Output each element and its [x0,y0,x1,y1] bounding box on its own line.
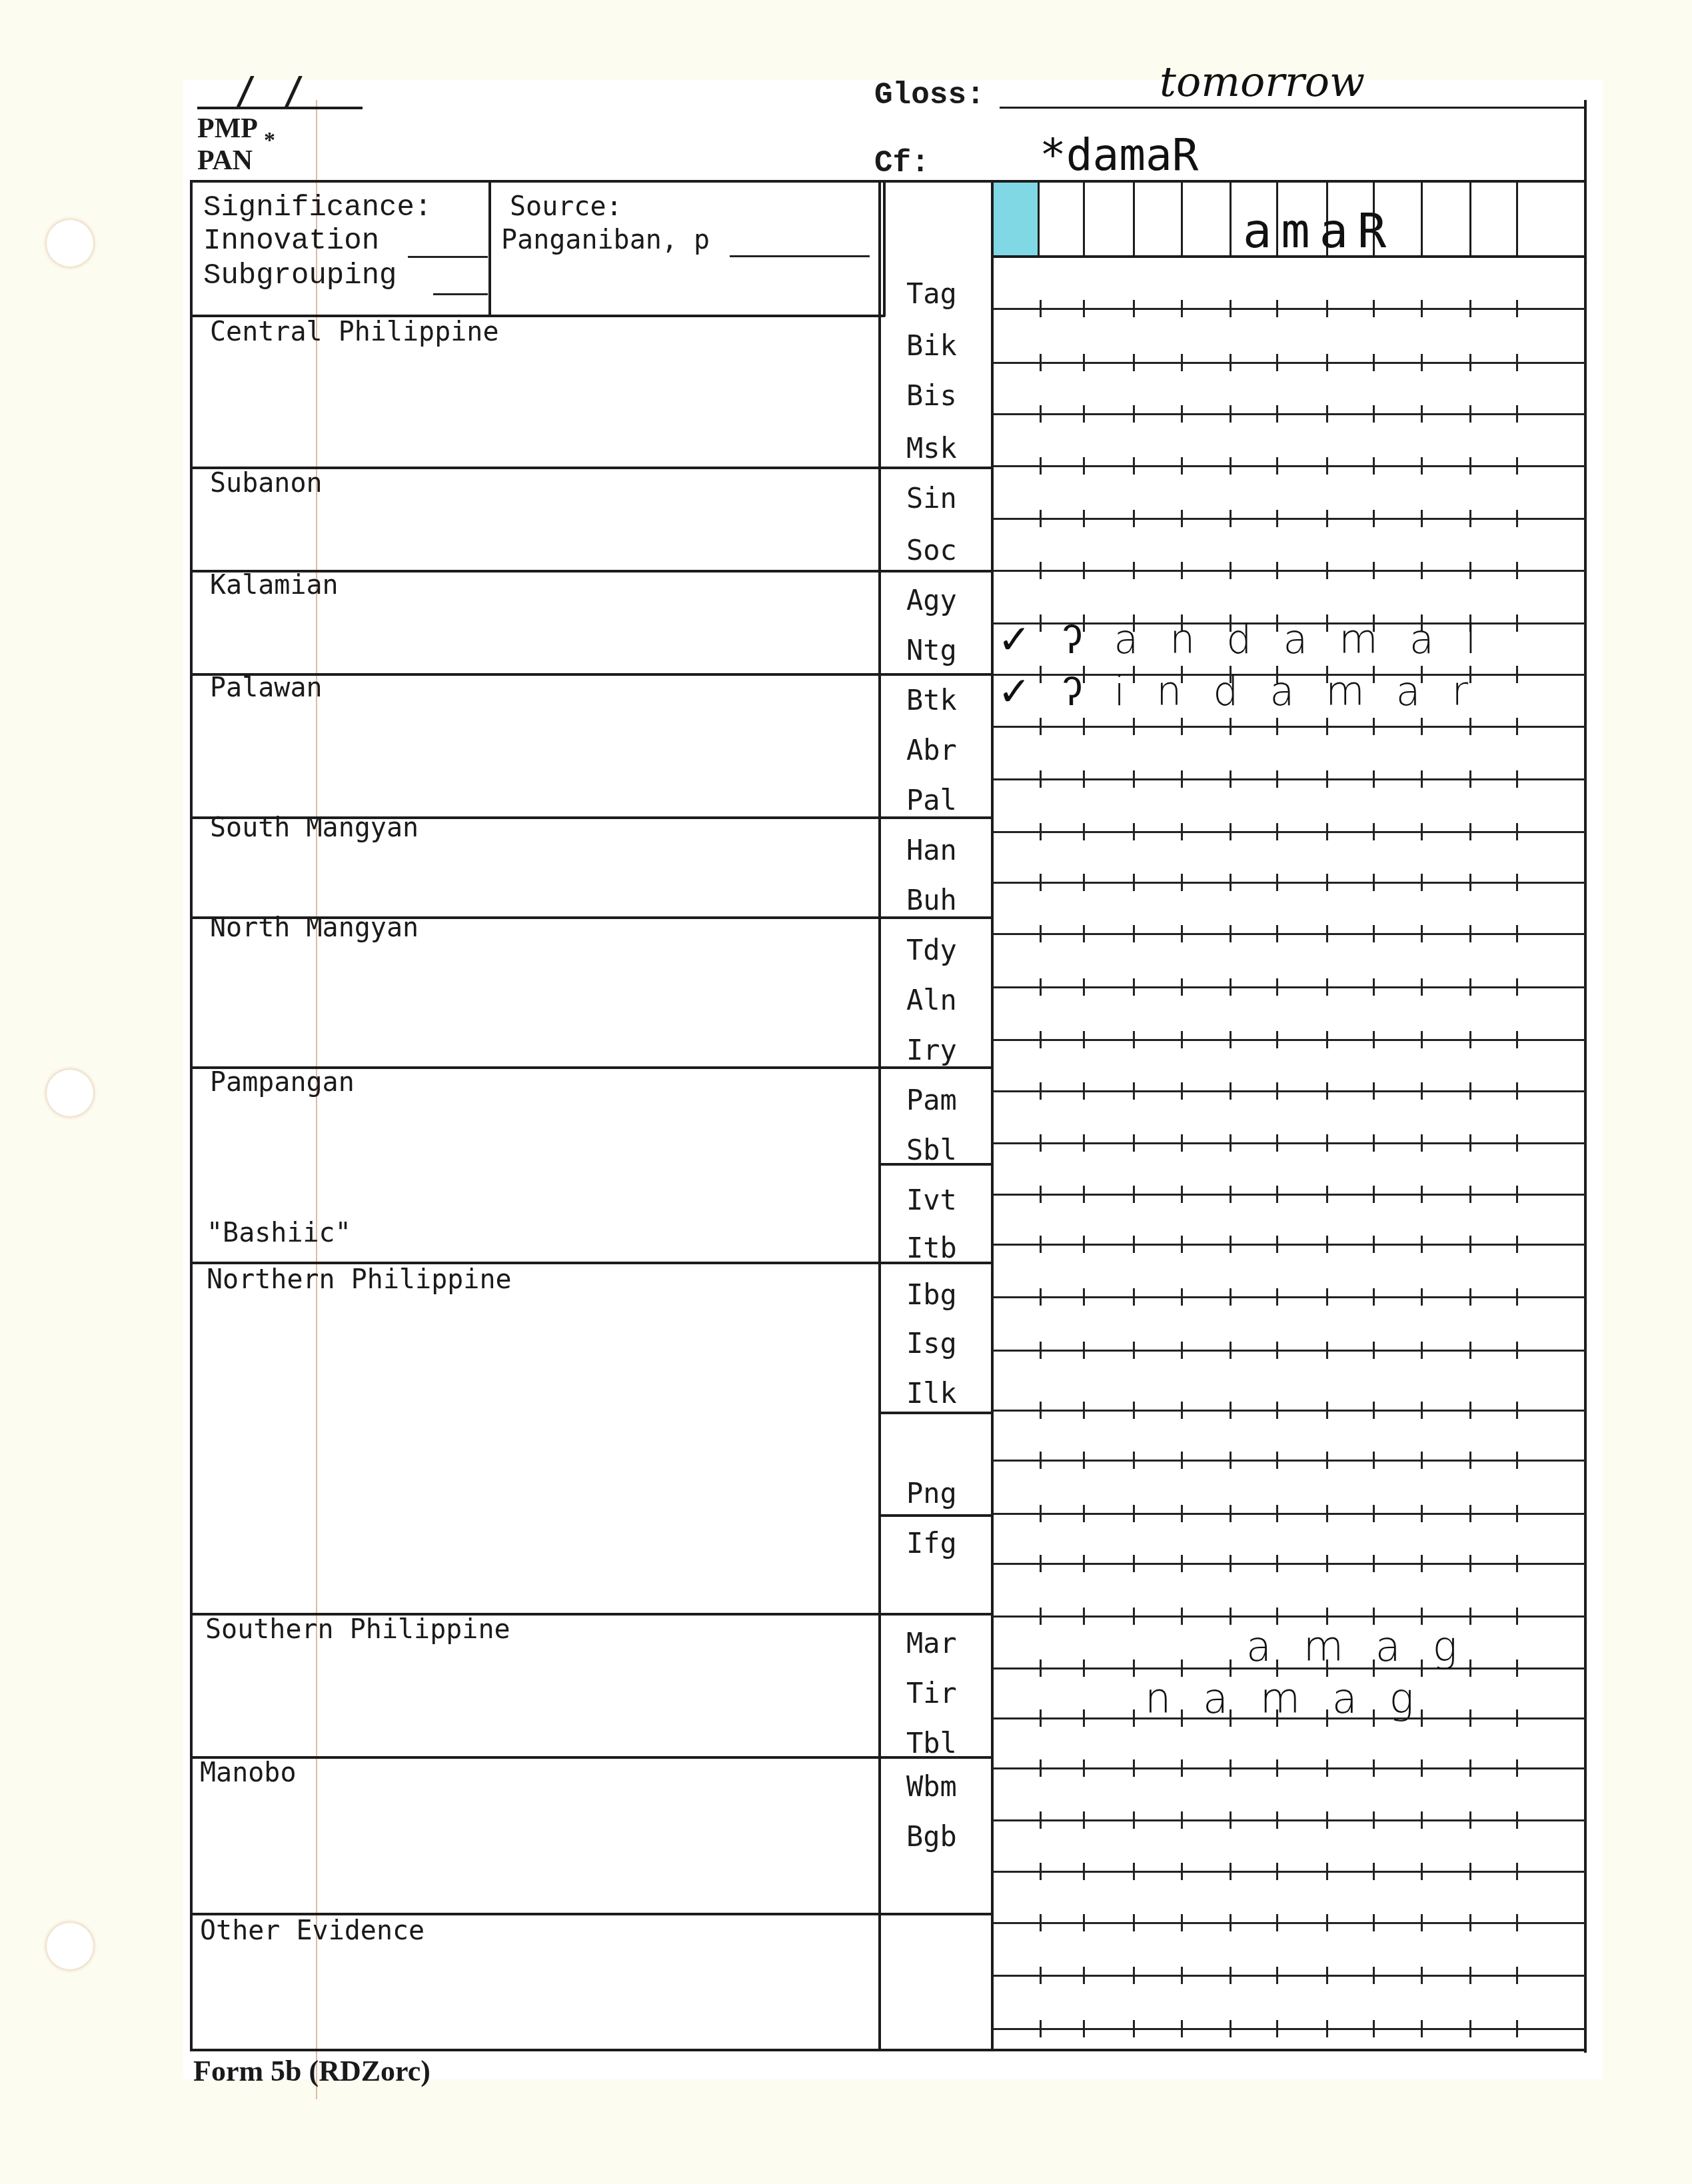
group-label: "Bashiic" [207,1220,351,1246]
grid-tick [1469,1082,1471,1100]
header-cell-divider [1181,180,1183,257]
grid-tick [1516,300,1518,317]
grid-tick [1326,1505,1328,1522]
grid-tick [1469,1709,1471,1727]
grid-tick [1326,354,1328,371]
language-label: Mar [906,1630,957,1657]
grid-tick [1040,457,1042,475]
grid-tick [1326,718,1328,735]
grid-tick [1230,2020,1232,2037]
grid-tick [1326,1555,1328,1572]
significance-title: Significance: [203,193,432,223]
grid-tick [1421,300,1423,317]
group-label: Manobo [200,1759,297,1786]
grid-tick [1040,770,1042,788]
grid-tick [1040,718,1042,735]
grid-tick [1276,457,1278,475]
grid-baseline [993,1460,1586,1462]
grid-baseline [993,1244,1586,1246]
grid-tick [1133,1505,1135,1522]
grid-tick [1083,1342,1085,1359]
grid-tick [1421,978,1423,996]
grid-baseline [993,1194,1586,1196]
grid-tick [1083,562,1085,579]
group-label: Palawan [210,674,323,701]
grid-tick [1181,457,1183,475]
lang-subdivider [878,1412,993,1414]
grid-tick [1516,666,1518,683]
grid-tick [1469,718,1471,735]
cf-label: Cf: [874,148,930,179]
language-label: Isg [906,1330,957,1358]
grid-tick [1181,1288,1183,1306]
grid-tick [1230,1759,1232,1777]
grid-baseline [993,413,1586,415]
grid-tick [1181,300,1183,317]
highlight-cell [994,183,1038,257]
grid-tick [1230,562,1232,579]
binder-hole-bottom [47,1923,93,1969]
group-label: South Mangyan [210,814,419,841]
grid-tick [1133,925,1135,942]
language-label: Pam [906,1086,957,1114]
grid-tick [1230,1186,1232,1203]
grid-tick [1516,1914,1518,1931]
grid-tick [1326,405,1328,423]
grid-baseline [993,882,1586,884]
grid-tick [1181,1505,1183,1522]
grid-tick [1421,1863,1423,1880]
form-sheet [183,80,1603,2079]
grid-tick [1276,1967,1278,1984]
grid-tick [1373,1186,1375,1203]
grid-tick [1373,1555,1375,1572]
grid-tick [1469,1452,1471,1469]
grid-baseline [993,831,1586,833]
grid-tick [1516,823,1518,840]
language-label: Tir [906,1679,957,1707]
grid-tick [1181,1914,1183,1931]
language-label: Tbl [906,1729,957,1757]
grid-tick [1516,1811,1518,1829]
grid-tick [1516,1709,1518,1727]
grid-tick [1469,1288,1471,1306]
grid-baseline [993,1350,1586,1352]
grid-tick [1276,874,1278,891]
grid-tick [1276,1555,1278,1572]
grid-tick [1040,1914,1042,1931]
grid-tick [1230,1811,1232,1829]
grid-tick [1469,354,1471,371]
grid-tick [1421,1505,1423,1522]
grid-tick [1421,1452,1423,1469]
grid-baseline [993,1767,1586,1769]
group-divider [190,1756,994,1759]
grid-tick [1421,562,1423,579]
grid-tick [1276,562,1278,579]
gloss-label: Gloss: [874,80,985,111]
grid-tick [1421,1342,1423,1359]
grid-tick [1040,1288,1042,1306]
grid-tick [1181,1608,1183,1625]
grid-tick [1469,300,1471,317]
grid-tick [1469,1759,1471,1777]
language-label: Ifg [906,1530,957,1558]
grid-tick [1230,457,1232,475]
grid-tick [1516,1555,1518,1572]
grid-tick [1469,1505,1471,1522]
language-label: Soc [906,537,957,564]
grid-tick [1469,1967,1471,1984]
grid-tick [1040,1709,1042,1727]
source-divider [883,180,886,317]
grid-tick [1181,1134,1183,1152]
language-label: Buh [906,886,957,914]
grid-tick [1133,1555,1135,1572]
grid-tick [1083,1759,1085,1777]
grid-tick [1230,1082,1232,1100]
language-label: Png [906,1480,957,1508]
grid-tick [1516,1402,1518,1419]
grid-tick [1083,457,1085,475]
grid-tick [1276,1288,1278,1306]
grid-tick [1133,1134,1135,1152]
grid-tick [1516,562,1518,579]
grid-tick [1040,1759,1042,1777]
grid-tick [1181,1236,1183,1253]
grid-tick [1181,978,1183,996]
grid-tick [1276,405,1278,423]
grid-tick [1469,978,1471,996]
grid-tick [1230,823,1232,840]
grid-tick [1040,874,1042,891]
grid-tick [1276,1505,1278,1522]
grid-tick [1421,770,1423,788]
grid-tick [1083,405,1085,423]
grid-tick [1083,300,1085,317]
grid-baseline [993,1410,1586,1412]
grid-tick [1083,1505,1085,1522]
grid-tick [1083,1659,1085,1677]
language-label: Bis [906,382,957,410]
source-page-blank[interactable] [730,255,870,257]
grid-tick [1373,1914,1375,1931]
grid-tick [1181,1555,1183,1572]
grid-tick [1421,925,1423,942]
grid-tick [1133,823,1135,840]
source-title: Source: [510,193,622,220]
language-label: Agy [906,586,957,614]
grid-tick [1421,1236,1423,1253]
grid-tick [1421,405,1423,423]
grid-tick [1133,1082,1135,1100]
grid-tick [1181,1863,1183,1880]
grid-tick [1421,1967,1423,1984]
grid-tick [1276,510,1278,527]
subgrouping-blank[interactable] [433,293,488,295]
grid-tick [1181,1031,1183,1048]
grid-tick [1230,1342,1232,1359]
grid-tick [1469,457,1471,475]
grid-tick [1181,718,1183,735]
grid-tick [1230,1288,1232,1306]
grid-tick [1040,1452,1042,1469]
grid-tick [1373,770,1375,788]
grid-tick [1516,1659,1518,1677]
language-label: Tag [906,280,957,308]
grid-tick [1469,1402,1471,1419]
grid-tick [1133,1709,1135,1727]
grid-tick [1133,1759,1135,1777]
grid-tick [1276,1914,1278,1931]
grid-tick [1083,718,1085,735]
language-label: Iry [906,1036,957,1064]
grid-tick [1083,1236,1085,1253]
grid-tick [1181,562,1183,579]
entry-mar[interactable]: a m a g [1246,1626,1467,1667]
grid-tick [1373,300,1375,317]
lang-col-left [878,180,881,2051]
language-label: Bik [906,332,957,360]
grid-tick [1230,1967,1232,1984]
pan-label: PAN [197,147,253,175]
grid-tick [1421,1402,1423,1419]
grid-baseline [993,1975,1586,1977]
grid-tick [1230,1505,1232,1522]
grid-tick [1516,770,1518,788]
grid-tick [1421,1186,1423,1203]
grid-tick [1040,1134,1042,1152]
innovation-label: Innovation [203,227,379,256]
grid-tick [1276,1452,1278,1469]
grid-tick [1421,510,1423,527]
language-label: Abr [906,736,957,764]
grid-tick [1516,1082,1518,1100]
grid-tick [1276,925,1278,942]
grid-tick [1516,925,1518,942]
grid-tick [1040,405,1042,423]
grid-tick [1040,1811,1042,1829]
language-label: Ntg [906,636,957,664]
grid-tick [1040,1342,1042,1359]
grid-tick [1326,2020,1328,2037]
entry-btk[interactable]: ✓ ʔ i n d a m a r [998,672,1477,712]
grid-tick [1230,1863,1232,1880]
grid-tick [1230,1608,1232,1625]
grid-tick [1421,457,1423,475]
grid-tick [1276,354,1278,371]
grid-tick [1133,1863,1135,1880]
grid-tick [1373,1236,1375,1253]
frame-right [1584,100,1587,2053]
grid-tick [1516,614,1518,632]
header-cell-divider [1083,180,1085,257]
grid-tick [1469,823,1471,840]
grid-tick [1469,925,1471,942]
grid-baseline [993,986,1586,988]
grid-tick [1133,1288,1135,1306]
grid-tick [1040,1402,1042,1419]
grid-tick [1133,1811,1135,1829]
grid-tick [1230,354,1232,371]
grid-tick [1230,405,1232,423]
grid-tick [1276,823,1278,840]
language-label: Itb [906,1234,957,1262]
grid-tick [1373,562,1375,579]
grid-tick [1276,1402,1278,1419]
grid-tick [1421,718,1423,735]
grid-tick [1040,1555,1042,1572]
grid-tick [1516,1608,1518,1625]
grid-tick [1083,823,1085,840]
grid-baseline [993,1922,1586,1924]
grid-tick [1276,1031,1278,1048]
grid-tick [1326,1967,1328,1984]
language-label: Tdy [906,936,957,964]
header-cell-divider [1038,180,1040,257]
grid-tick [1083,1186,1085,1203]
grid-tick [1326,457,1328,475]
grid-tick [1083,1134,1085,1152]
grid-tick [1326,1342,1328,1359]
grid-tick [1326,562,1328,579]
grid-tick [1230,1555,1232,1572]
grid-tick [1421,2020,1423,2037]
grid-tick [1516,1863,1518,1880]
grid-tick [1326,1186,1328,1203]
grid-tick [1083,1031,1085,1048]
language-label: Btk [906,686,957,714]
grid-tick [1230,925,1232,942]
grid-tick [1516,1505,1518,1522]
grid-tick [1326,1759,1328,1777]
source-value: Panganiban, p [501,227,710,253]
blank-marks: / / [233,72,305,112]
grid-tick [1421,874,1423,891]
grid-tick [1421,823,1423,840]
lang-subdivider [878,1514,993,1517]
grid-baseline [993,1090,1586,1092]
entry-tir[interactable]: n a m a g [1145,1678,1423,1719]
grid-tick [1373,1402,1375,1419]
grid-tick [1373,1342,1375,1359]
group-label: Other Evidence [200,1917,424,1944]
grid-tick [1230,718,1232,735]
grid-tick [1421,1288,1423,1306]
grid-tick [1326,925,1328,942]
gloss-value[interactable]: tomorrow [1160,61,1365,103]
grid-tick [1326,1134,1328,1152]
language-label: Msk [906,435,957,463]
grid-tick [1516,510,1518,527]
grid-tick [1181,874,1183,891]
grid-tick [1133,874,1135,891]
grid-tick [1516,354,1518,371]
grid-tick [1133,2020,1135,2037]
grid-tick [1133,1186,1135,1203]
grid-tick [1373,1863,1375,1880]
grid-tick [1469,2020,1471,2037]
grid-tick [1373,718,1375,735]
grid-tick [1373,405,1375,423]
grid-tick [1133,1659,1135,1677]
grid-tick [1469,1659,1471,1677]
grid-tick [1133,978,1135,996]
grid-tick [1373,457,1375,475]
entry-ntg[interactable]: ✓ ʔ a n d a m a l [998,620,1485,660]
grid-baseline [993,465,1586,467]
grid-tick [1133,718,1135,735]
grid-tick [1421,1134,1423,1152]
grid-tick [1326,978,1328,996]
grid-baseline [993,570,1586,572]
grid-baseline [993,308,1586,310]
form-label: Form 5b (RDZorc) [193,2057,430,2086]
grid-tick [1326,1031,1328,1048]
grid-tick [1133,1452,1135,1469]
grid-tick [1373,510,1375,527]
grid-tick [1133,562,1135,579]
grid-baseline [993,1296,1586,1298]
grid-tick [1469,1236,1471,1253]
subgrouping-label: Subgrouping [203,261,397,291]
header-cell-divider [1421,180,1423,257]
grid-tick [1230,1914,1232,1931]
innovation-blank[interactable] [408,256,488,258]
grid-tick [1181,770,1183,788]
grid-tick [1276,1342,1278,1359]
grid-tick [1040,562,1042,579]
grid-tick [1181,925,1183,942]
grid-tick [1133,1342,1135,1359]
grid-tick [1373,1134,1375,1152]
grid-tick [1469,1134,1471,1152]
grid-tick [1181,1811,1183,1829]
grid-tick [1326,1452,1328,1469]
group-label: Southern Philippine [205,1616,510,1643]
grid-baseline [993,518,1586,520]
grid-tick [1516,1236,1518,1253]
binder-hole-top [47,220,93,267]
grid-tick [1373,2020,1375,2037]
grid-tick [1040,300,1042,317]
grid-tick [1469,1186,1471,1203]
grid-tick [1276,1134,1278,1152]
grid-tick [1040,1967,1042,1984]
group-label: North Mangyan [210,914,419,941]
grid-col-left [991,180,994,2051]
grid-tick [1469,770,1471,788]
grid-tick [1083,354,1085,371]
grid-baseline [993,1871,1586,1873]
grid-tick [1083,1914,1085,1931]
grid-header-segments: amaR [1243,207,1395,255]
grid-tick [1083,2020,1085,2037]
grid-tick [1276,2020,1278,2037]
grid-tick [1083,1863,1085,1880]
cf-value[interactable]: *damaR [1040,133,1198,177]
grid-tick [1230,1402,1232,1419]
grid-tick [1421,1082,1423,1100]
language-label: Han [906,836,957,864]
group-label: Northern Philippine [207,1266,512,1293]
frame-left [190,180,193,2051]
grid-tick [1230,1236,1232,1253]
gloss-underline [1000,107,1586,109]
grid-baseline [993,2028,1586,2030]
grid-tick [1040,510,1042,527]
grid-tick [1276,1811,1278,1829]
